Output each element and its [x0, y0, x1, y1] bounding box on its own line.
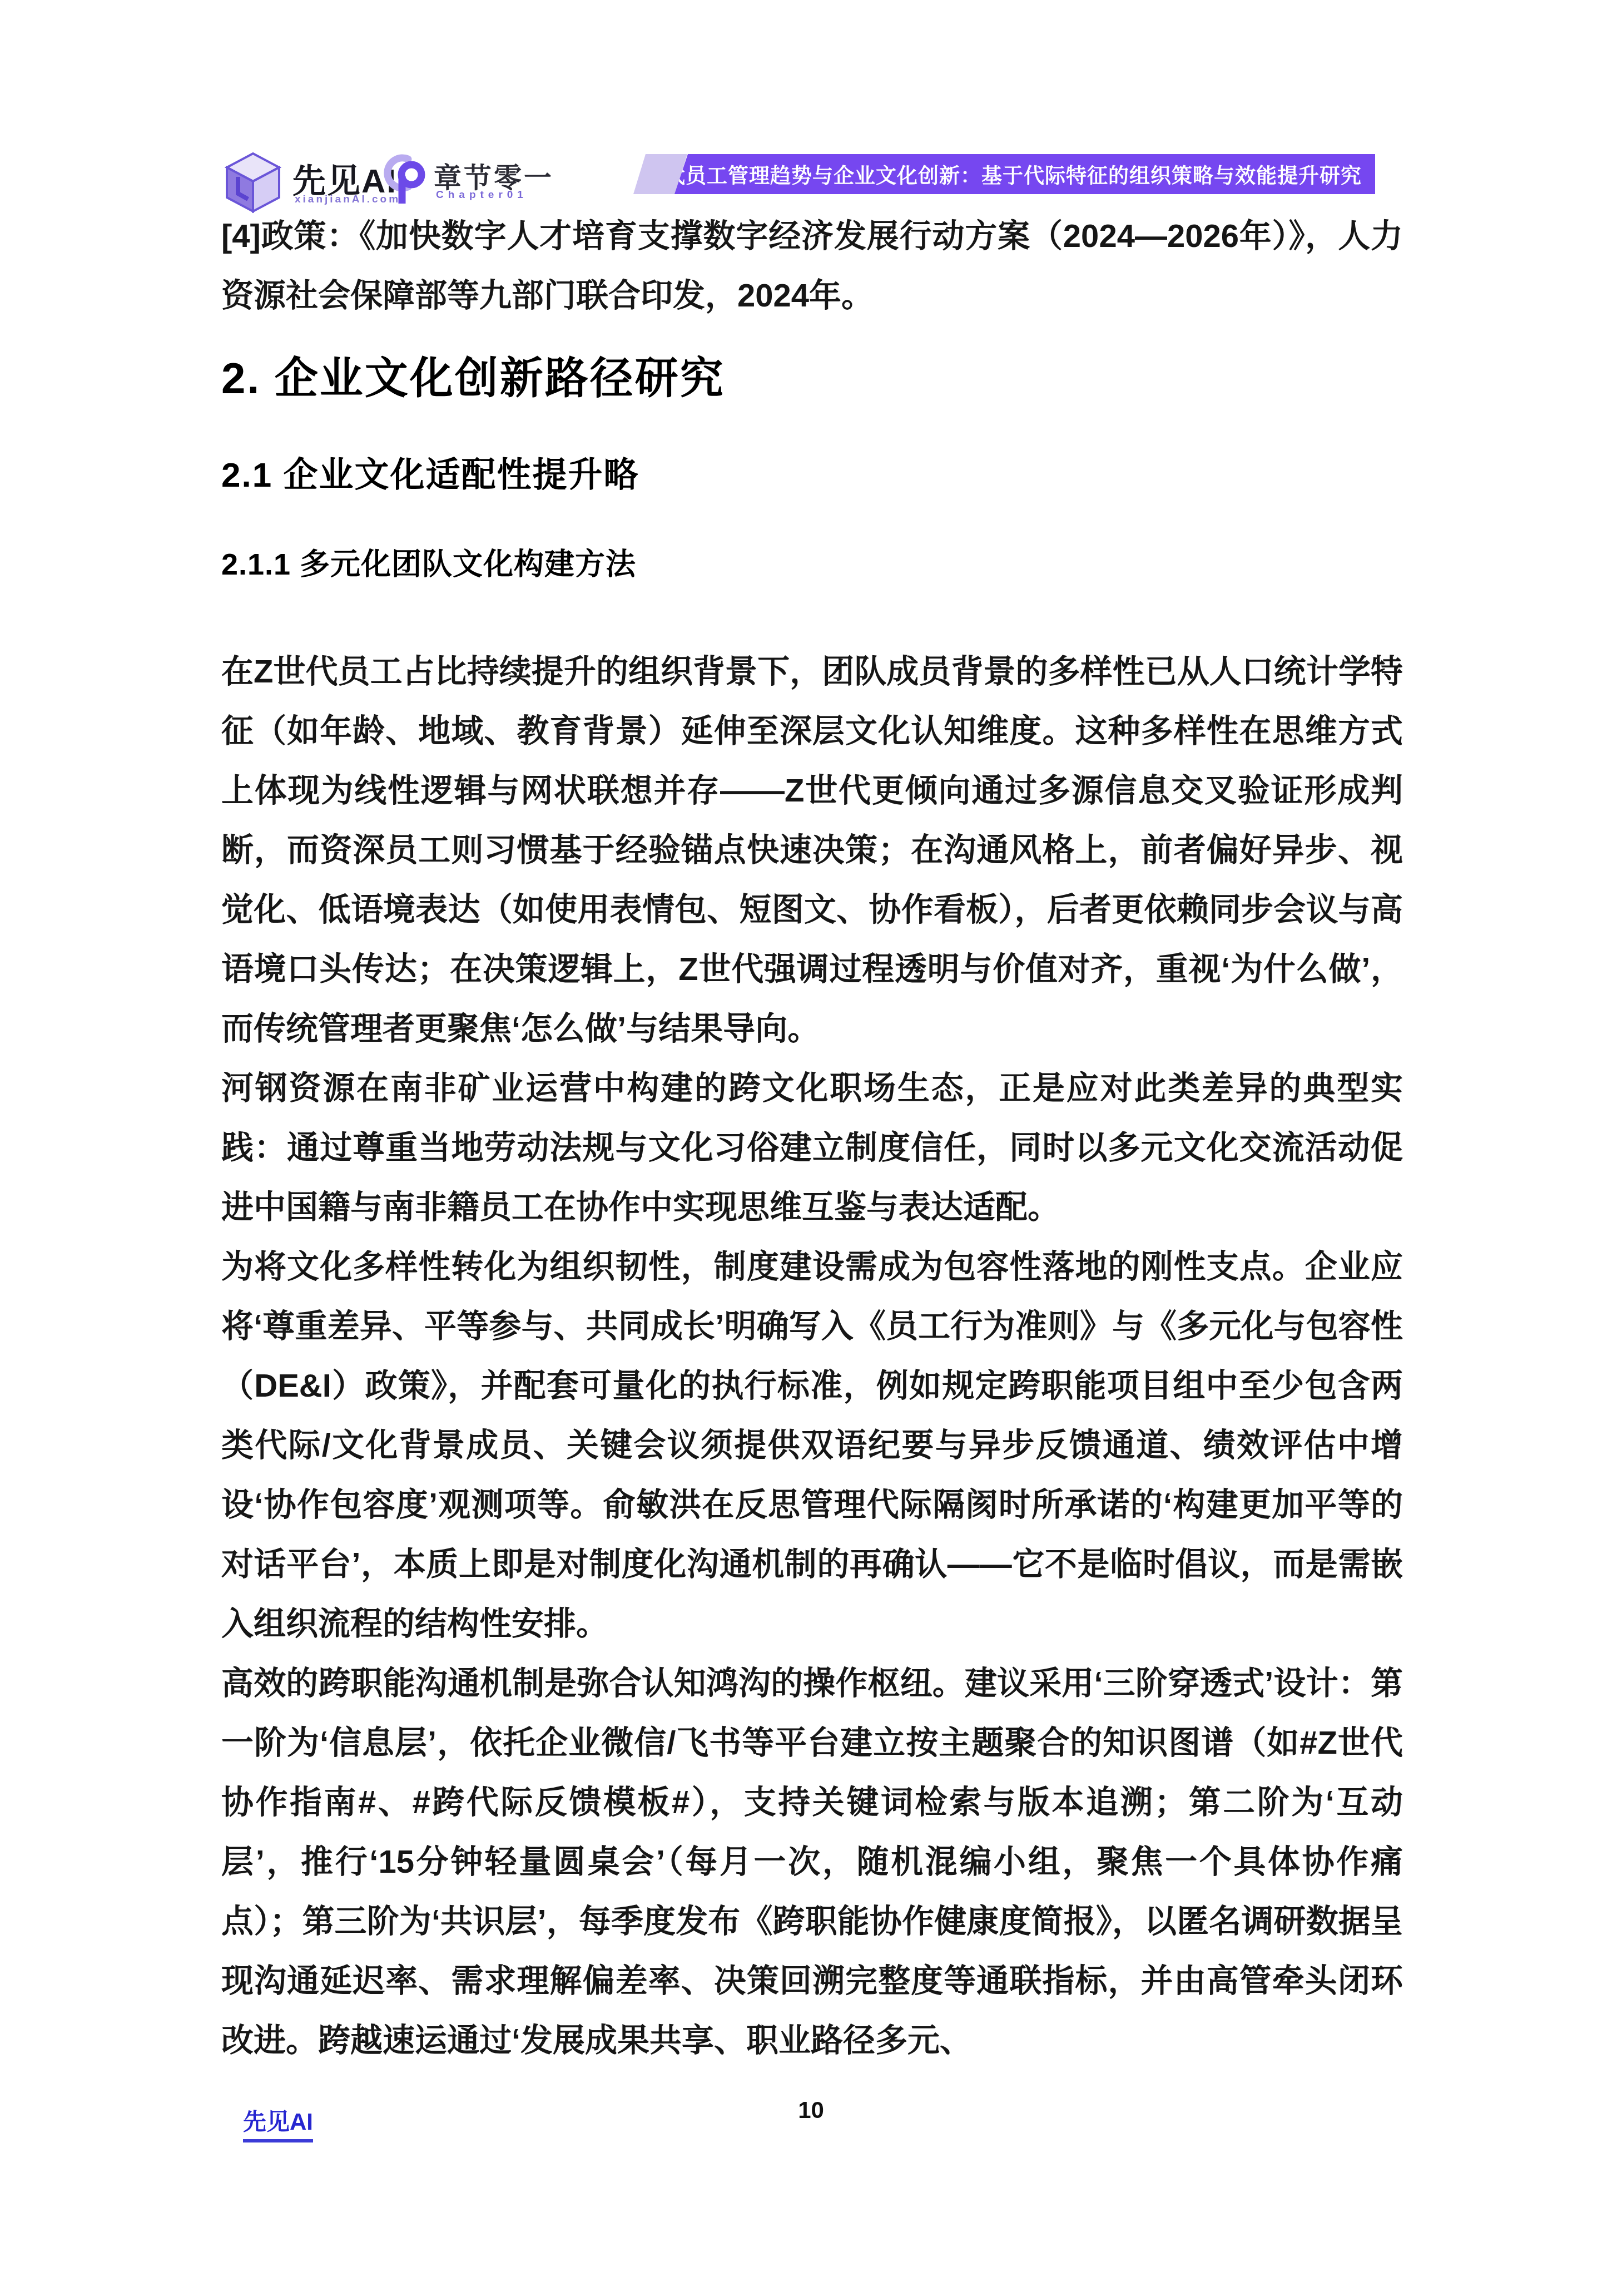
subsection-heading: 2.1 企业文化适配性提升略 — [221, 447, 639, 497]
body-paragraph-2: 河钢资源在南非矿业运营中构建的跨文化职场生态，正是应对此类差异的典型实践：通过尊… — [221, 1058, 1403, 1237]
body-content: 在Z世代员工占比持续提升的组织背景下，团队成员背景的多样性已从人口统计学特征（如… — [221, 642, 1403, 2070]
document-page: 先见AI xianjianAI.com 章节零一 Chapter01 Z世代员工… — [0, 0, 1622, 2296]
page-header: 先见AI xianjianAI.com 章节零一 Chapter01 Z世代员工… — [0, 0, 1622, 234]
chapter01-logo-icon — [383, 151, 427, 210]
subsubsection-heading: 2.1.1 多元化团队文化构建方法 — [221, 541, 636, 583]
page-number: 10 — [0, 2097, 1622, 2124]
banner-bar: Z世代员工管理趋势与企业文化创新：基于代际特征的组织策略与效能提升研究 — [674, 154, 1375, 194]
reference-entry: [4]政策：《加快数字人才培育支撑数字经济发展行动方案（2024—2026年）》… — [221, 206, 1403, 325]
chapter01-logo-subtitle: Chapter01 — [436, 189, 528, 201]
header-banner: Z世代员工管理趋势与企业文化创新：基于代际特征的组织策略与效能提升研究 — [611, 154, 1375, 194]
section-heading: 2. 企业文化创新路径研究 — [221, 344, 725, 406]
banner-title: Z世代员工管理趋势与企业文化创新：基于代际特征的组织策略与效能提升研究 — [630, 159, 1362, 189]
body-paragraph-3: 为将文化多样性转化为组织韧性，制度建设需成为包容性落地的刚性支点。企业应将‘尊重… — [221, 1237, 1403, 1654]
body-paragraph-4: 高效的跨职能沟通机制是弥合认知鸿沟的操作枢纽。建议采用‘三阶穿透式’设计：第一阶… — [221, 1654, 1403, 2070]
body-paragraph-1: 在Z世代员工占比持续提升的组织背景下，团队成员背景的多样性已从人口统计学特征（如… — [221, 642, 1403, 1058]
